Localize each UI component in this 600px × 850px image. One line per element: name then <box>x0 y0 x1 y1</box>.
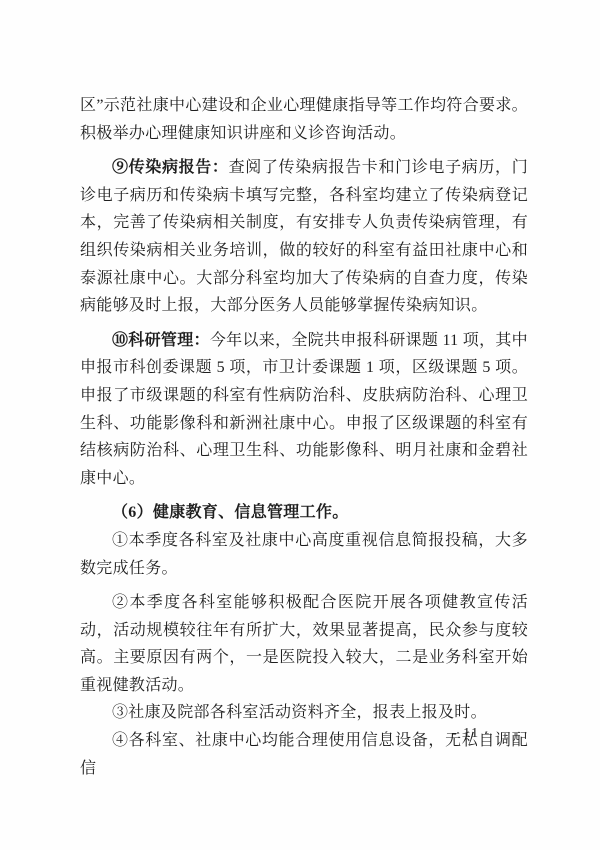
para-activity-materials: ③社康及院部各科室活动资料齐全，报表上报及时。 <box>80 699 528 727</box>
para-text: 区”示范社康中心建设和企业心理健康指导等工作均符合要求。积极举办心理健康知识讲座… <box>80 97 528 142</box>
para-info-briefing: ①本季度各科室及社康中心高度重视信息简报投稿，大多数完成任务。 <box>80 527 528 582</box>
para-bold-label: ⑨传染病报告： <box>112 159 229 176</box>
document-text-block: 区”示范社康中心建设和企业心理健康指导等工作均符合要求。积极举办心理健康知识讲座… <box>80 92 528 782</box>
para-research-management: ⑩科研管理：今年以来，全院共申报科研课题 11 项，其中申报市科创委课题 5 项… <box>80 327 528 493</box>
para-text: ③社康及院部各科室活动资料齐全，报表上报及时。 <box>112 704 487 721</box>
para-text: 今年以来，全院共申报科研课题 11 项，其中申报市科创委课题 5 项，市卫计委课… <box>80 332 528 487</box>
page-number: - 11 - <box>452 726 491 742</box>
para-health-education-activities: ②本季度各科室能够积极配合医院开展各项健教宣传活动，活动规模较往年有所扩大，效果… <box>80 589 528 699</box>
para-text: ①本季度各科室及社康中心高度重视信息简报投稿，大多数完成任务。 <box>80 532 528 577</box>
para-bold-label: ⑩科研管理： <box>112 332 210 349</box>
para-bold-label: （6）健康教育、信息管理工作。 <box>112 504 349 521</box>
para-text: 查阅了传染病报告卡和门诊电子病历，门诊电子病历和传染病卡填写完整，各科室均建立了… <box>80 159 528 314</box>
para-psych-health-continuation: 区”示范社康中心建设和企业心理健康指导等工作均符合要求。积极举办心理健康知识讲座… <box>80 92 528 147</box>
heading-health-education-info: （6）健康教育、信息管理工作。 <box>80 499 528 527</box>
document-page: 区”示范社康中心建设和企业心理健康指导等工作均符合要求。积极举办心理健康知识讲座… <box>0 0 600 850</box>
para-text: ②本季度各科室能够积极配合医院开展各项健教宣传活动，活动规模较往年有所扩大，效果… <box>80 594 528 694</box>
para-infectious-disease-report: ⑨传染病报告：查阅了传染病报告卡和门诊电子病历，门诊电子病历和传染病卡填写完整，… <box>80 154 528 320</box>
